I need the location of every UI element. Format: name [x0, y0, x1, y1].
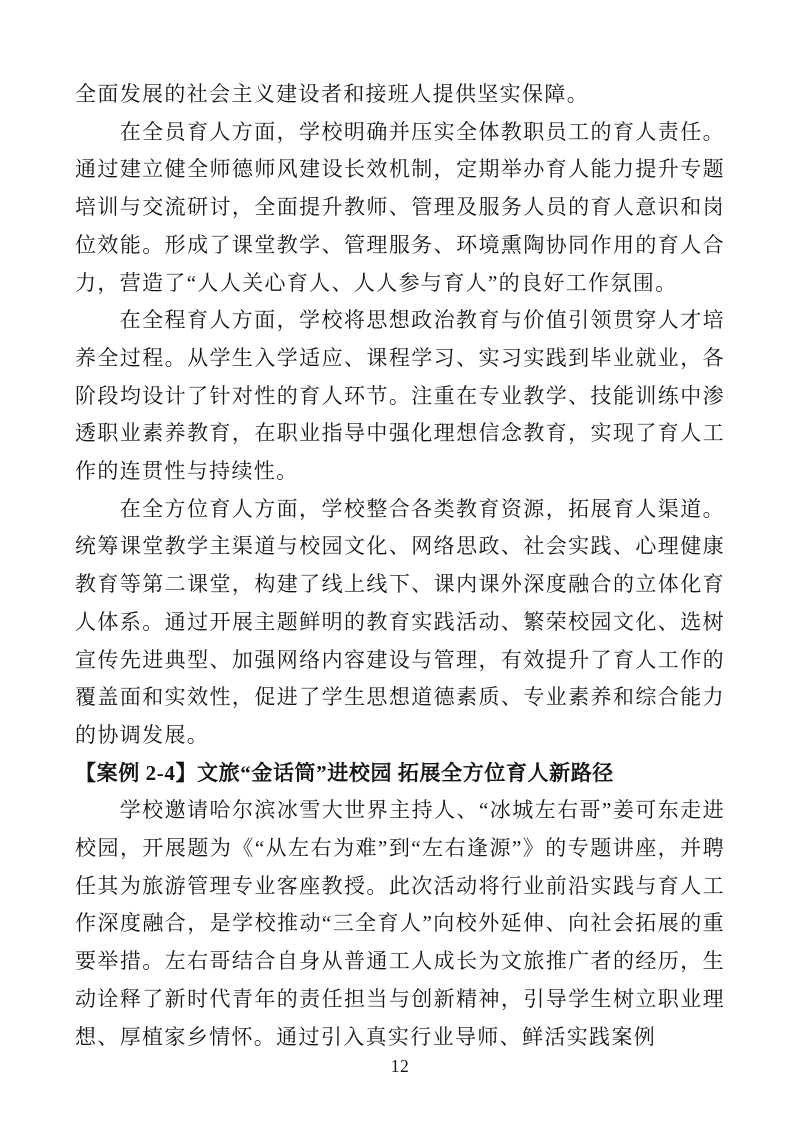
paragraph-continuation: 全面发展的社会主义建设者和接班人提供坚实保障。 — [75, 76, 725, 114]
paragraph-quancheng-yuren: 在全程育人方面，学校将思想政治教育与价值引领贯穿人才培养全过程。从学生入学适应、… — [75, 302, 725, 491]
page-content: 全面发展的社会主义建设者和接班人提供坚实保障。 在全员育人方面，学校明确并压实全… — [75, 76, 725, 1056]
case-study-heading: 【案例 2-4】文旅“金话筒”进校园 拓展全方位育人新路径 — [75, 755, 725, 793]
page-footer: 12 — [0, 1056, 800, 1077]
document-page: 全面发展的社会主义建设者和接班人提供坚实保障。 在全员育人方面，学校明确并压实全… — [0, 0, 800, 1131]
page-number: 12 — [391, 1056, 410, 1076]
paragraph-quanfangwei-yuren: 在全方位育人方面，学校整合各类教育资源，拓展育人渠道。统筹课堂教学主渠道与校园文… — [75, 491, 725, 755]
paragraph-quanyuan-yuren: 在全员育人方面，学校明确并压实全体教职员工的育人责任。通过建立健全师德师风建设长… — [75, 114, 725, 303]
paragraph-case-body: 学校邀请哈尔滨冰雪大世界主持人、“冰城左右哥”姜可东走进校园，开展题为《“从左右… — [75, 792, 725, 1056]
